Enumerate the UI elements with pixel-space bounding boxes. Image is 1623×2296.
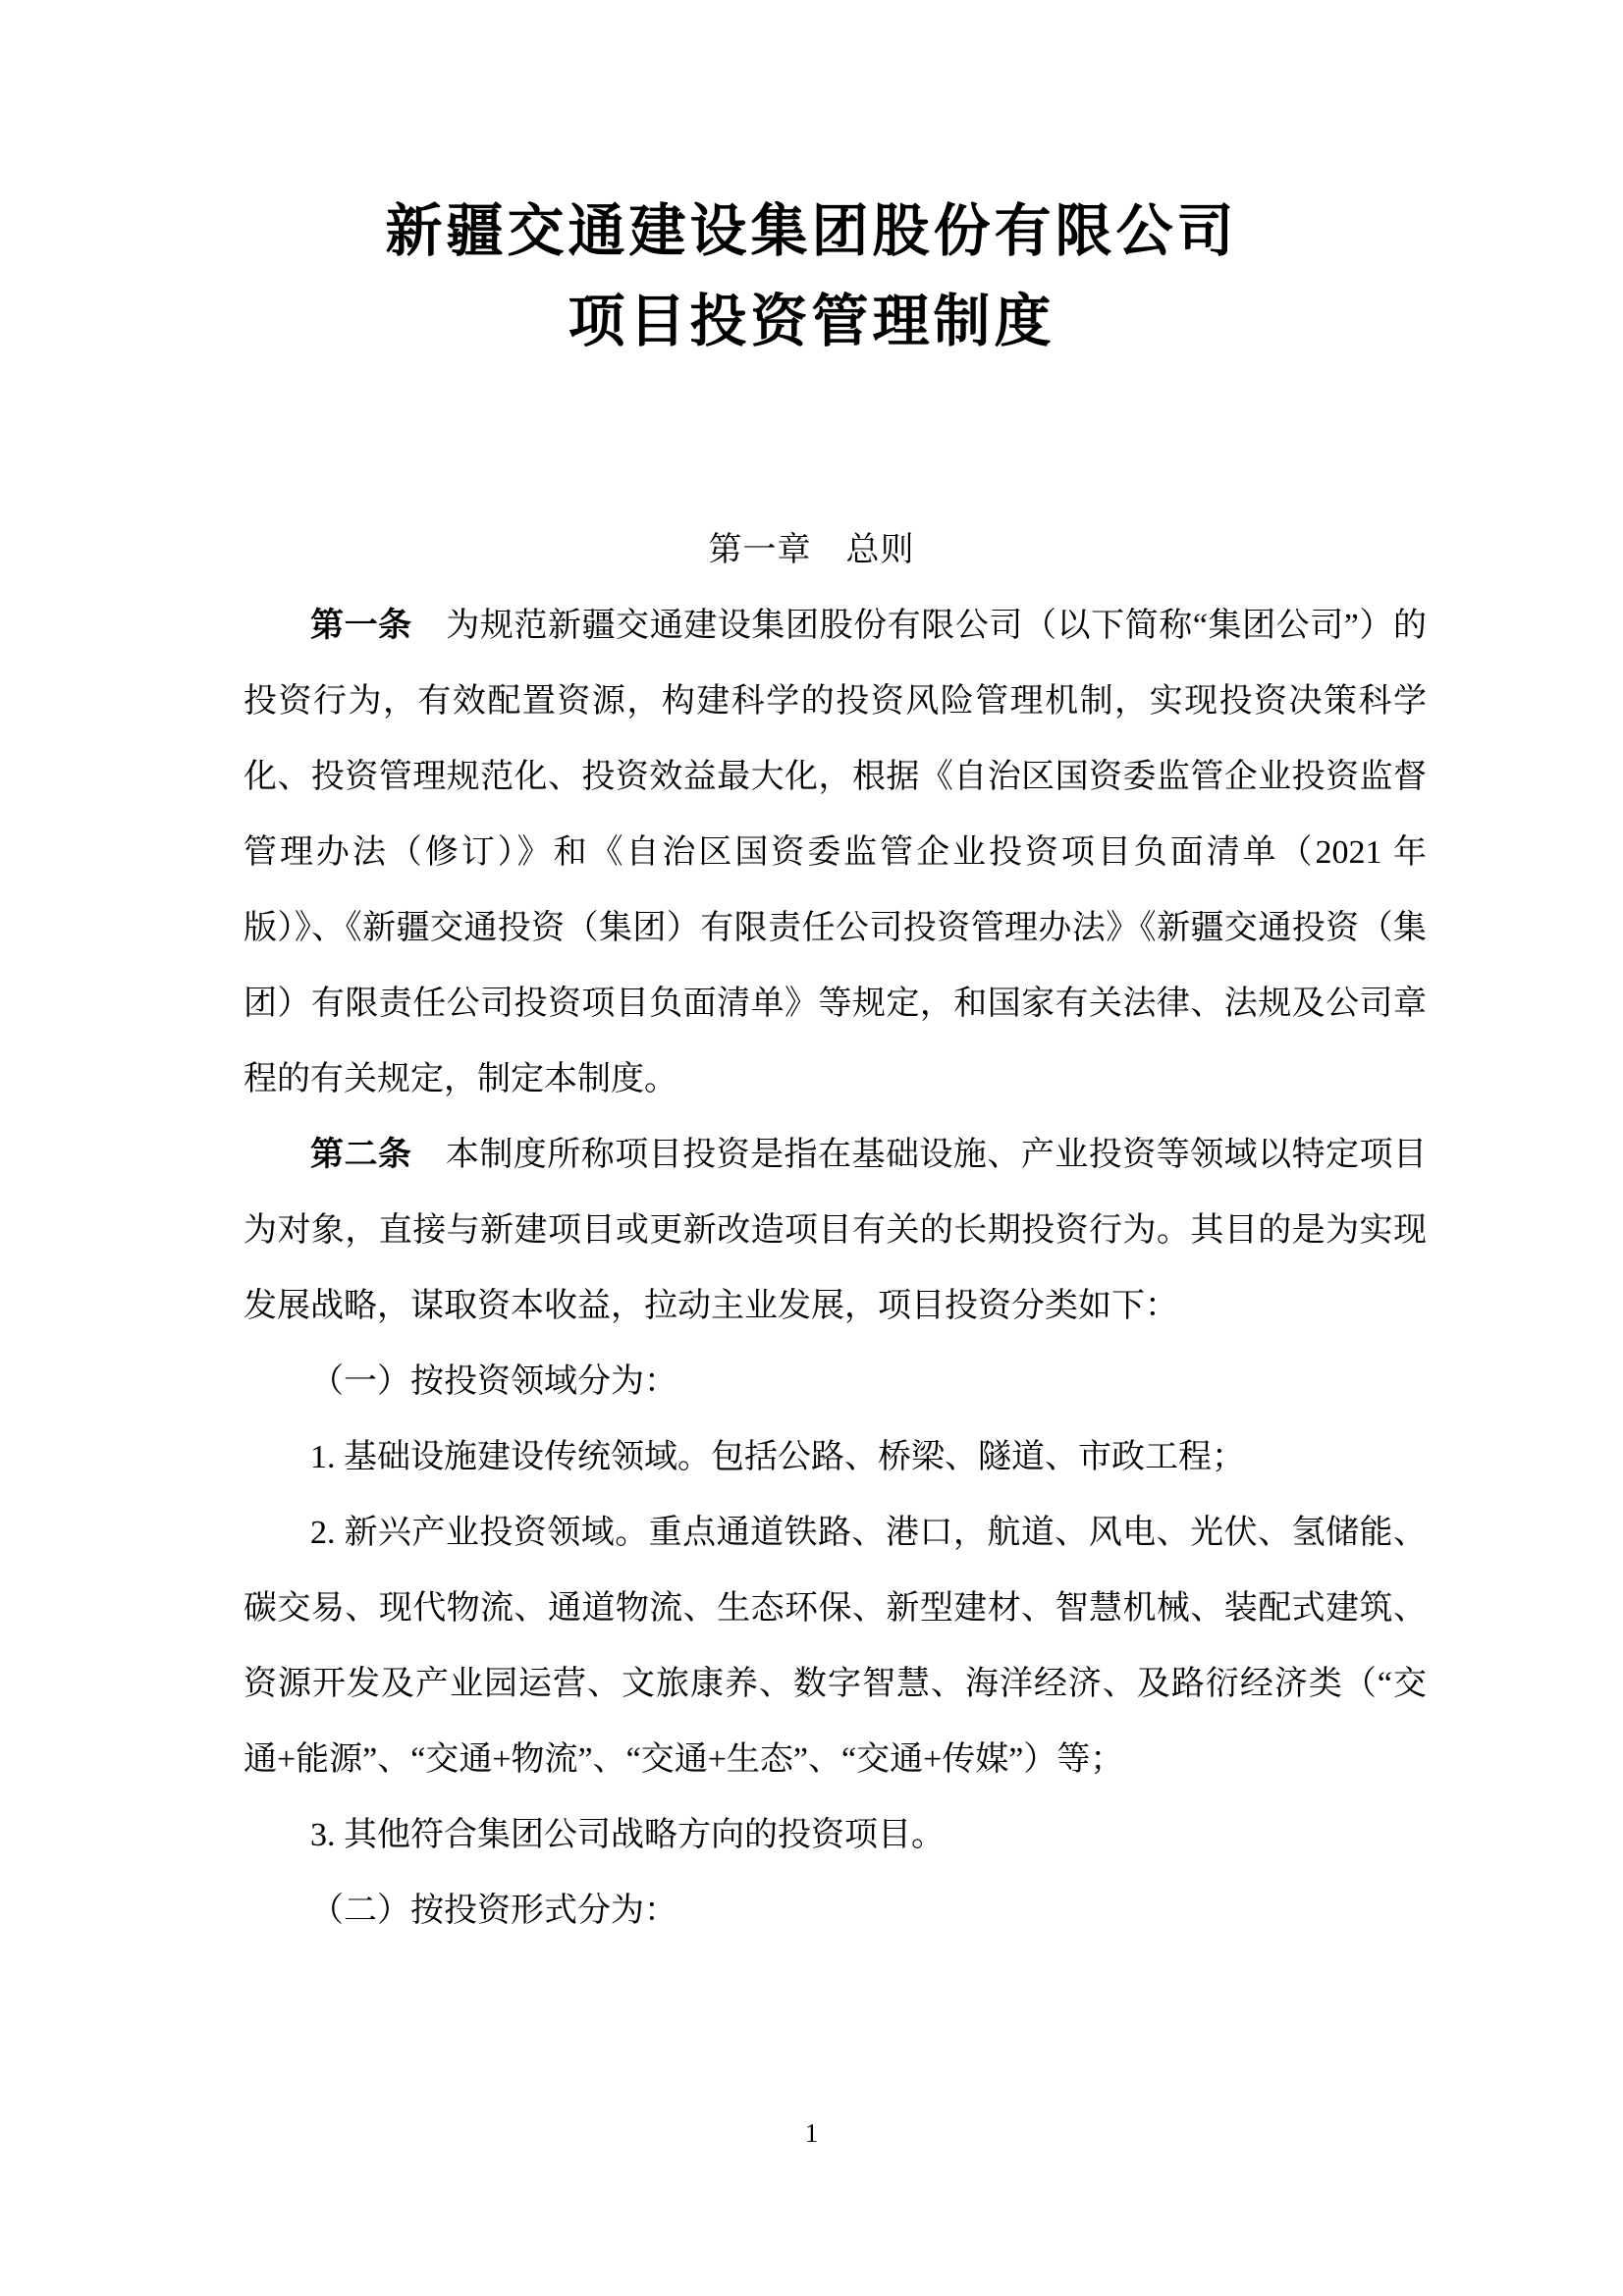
document-page: 新疆交通建设集团股份有限公司项目投资管理制度 第一章 总则 第一条 为规范新疆交…	[0, 0, 1623, 2296]
paragraph: 2. 新兴产业投资领域。重点通道铁路、港口，航道、风电、光伏、氢储能、碳交易、现…	[243, 1495, 1427, 1797]
page-number: 1	[0, 2116, 1623, 2150]
paragraph: 第一条 为规范新疆交通建设集团股份有限公司（以下简称“集团公司”）的投资行为，有…	[243, 588, 1427, 1117]
paragraph: 3. 其他符合集团公司战略方向的投资项目。	[243, 1797, 1427, 1873]
paragraph: （二）按投资形式分为：	[243, 1873, 1427, 1949]
document-title: 新疆交通建设集团股份有限公司项目投资管理制度	[0, 0, 1623, 367]
document-title-line: 新疆交通建设集团股份有限公司	[0, 187, 1623, 277]
chapter-heading: 第一章 总则	[0, 512, 1623, 588]
paragraph: （一）按投资领域分为：	[243, 1344, 1427, 1419]
article-number: 第二条	[310, 1137, 411, 1173]
document-title-line: 项目投资管理制度	[0, 277, 1623, 367]
paragraph: 1. 基础设施建设传统领域。包括公路、桥梁、隧道、市政工程；	[243, 1419, 1427, 1495]
article-number: 第一条	[310, 608, 412, 644]
document-body: 第一条 为规范新疆交通建设集团股份有限公司（以下简称“集团公司”）的投资行为，有…	[243, 588, 1427, 1949]
paragraph: 第二条 本制度所称项目投资是指在基础设施、产业投资等领域以特定项目为对象，直接与…	[243, 1117, 1427, 1344]
